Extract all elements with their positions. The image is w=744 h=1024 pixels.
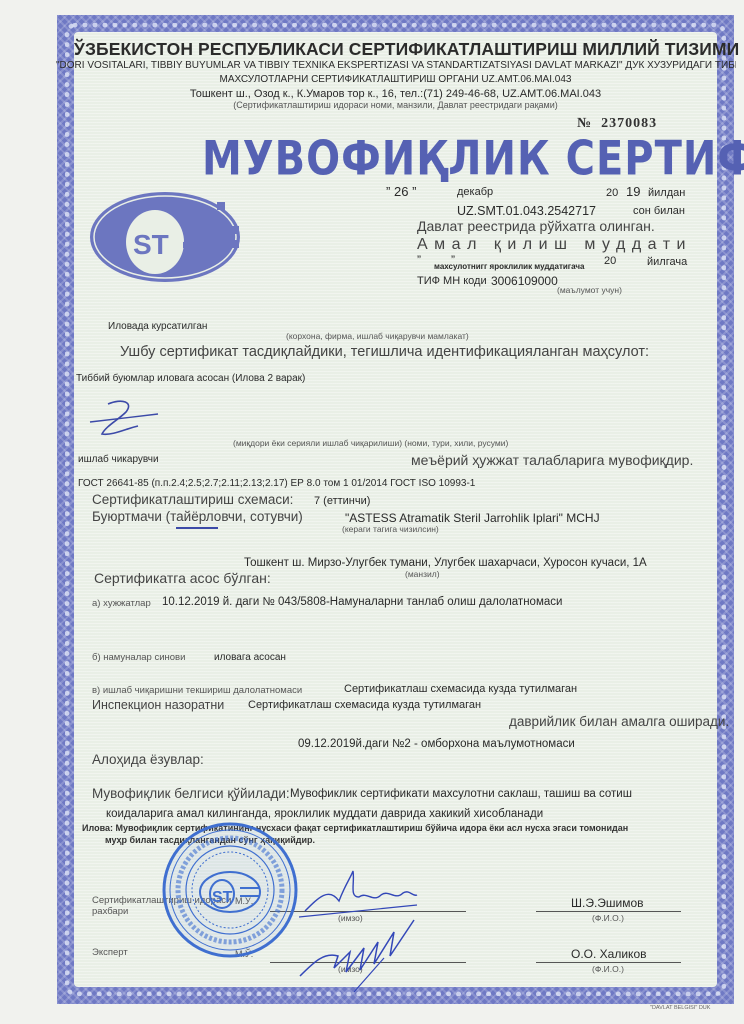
inspection-act-label: в) ишлаб чиқаришни текшириш далолатномас… (92, 685, 302, 696)
mark-value-2: коидаларига амал килинганда, яроклилик м… (106, 808, 543, 820)
state-register-text: Давлат реестрида рўйхатга олинган. (417, 218, 655, 234)
svg-text:ST: ST (133, 229, 169, 260)
signer-2-name-line (536, 962, 681, 963)
scheme-value: 7 (еттинчи) (314, 495, 370, 507)
registration-number: UZ.SMT.01.043.2542717 (457, 204, 596, 218)
customer-underline (176, 527, 218, 529)
number-sign: № (577, 116, 591, 131)
issue-day: ” 26 ” (386, 184, 416, 199)
validity-label: Амал қилиш муддати (417, 236, 692, 254)
special-label: Алоҳида ёзувлар: (92, 752, 204, 767)
number-value: 2370083 (601, 116, 657, 131)
complies-text: меъёрий ҳужжат талабларига мувофиқдир. (411, 452, 693, 468)
signer-1-name-caption: (Ф.И.О.) (592, 913, 624, 923)
tif-label: ТИФ МН коди (417, 275, 487, 287)
handwritten-mark-icon (88, 398, 168, 442)
customer-address: Тошкент ш. Мирзо-Улугбек тумани, Улугбек… (244, 557, 647, 569)
signer-1-name: Ш.Э.Эшимов (571, 896, 644, 910)
mark-value-1: Мувофиклик сертификати махсулотни саклаш… (290, 788, 632, 800)
signer-2-role: Эксперт (92, 947, 128, 958)
docs-label: а) хужжатлар (92, 598, 151, 609)
registration-number-suffix: сон билан (633, 205, 685, 217)
agency-address: Тошкент ш., Озод к., К.Умаров тор к., 16… (74, 88, 717, 100)
st-emblem-icon: ST (89, 190, 244, 285)
tif-code: 3006109000 (491, 274, 558, 288)
manufacturer-caption: (корхона, фирма, ишлаб чиқарувчи мамлака… (286, 331, 469, 341)
agency-address-caption: (Сертификатлаштириш идораси номи, манзил… (74, 100, 717, 110)
svg-text:ST: ST (212, 889, 233, 906)
certifies-text: Ушбу сертификат тасдиқлайдики, тегишлича… (120, 344, 649, 360)
special-value: 09.12.2019й.даги №2 - омборхона маълумот… (298, 738, 575, 750)
docs-value: 10.12.2019 й. даги № 043/5808-Намуналарн… (162, 596, 562, 608)
issue-year-suffix: 19 (626, 184, 640, 199)
printer-credit: "DAVLAT BELGISI" DUK (650, 1005, 710, 1011)
signer-1-name-line (536, 911, 681, 912)
from-label: йилдан (648, 187, 685, 199)
customer-value: "ASTESS Atramatik Steril Jarrohlik Iplar… (345, 511, 600, 525)
signer-1-role-2: рахбари (92, 906, 128, 917)
issue-year-prefix: 20 (606, 187, 618, 199)
standards: ГОСТ 26641-85 (п.п.2.4;2.5;2.7;2.11;2.13… (78, 478, 475, 489)
validity-note: махсулотнигг яроклилик муддатигача (434, 262, 584, 271)
certificate-title: МУВОФИҚЛИК СЕРТИФИКАТИ (202, 132, 744, 186)
basis-label: Сертификатга асос бўлган: (94, 570, 271, 586)
address-caption: (манзил) (405, 569, 440, 579)
inspection-control-label: Инспекцион назоратни (92, 698, 224, 712)
signature-2-icon (294, 912, 424, 992)
signer-2-name-caption: (Ф.И.О.) (592, 964, 624, 974)
certification-body: МАХСУЛОТЛАРНИ СЕРТИФИКАТЛАШТИРИШ ОРГАНИ … (74, 74, 717, 85)
issue-month: декабр (457, 186, 493, 198)
tif-note: (маълумот учун) (557, 285, 622, 295)
scheme-label: Сертификатлаштириш схемаси: (92, 492, 293, 507)
customer-label: Буюртмачи (тайёрловчи, сотувчи) (92, 509, 303, 524)
until-label: йилгача (647, 256, 687, 268)
periodic-text: даврийлик билан амалга оширади. (509, 714, 729, 729)
producer-label: ишлаб чикарувчи (78, 454, 159, 465)
product-value: Тиббий буюмлар иловага асосан (Илова 2 в… (76, 373, 305, 384)
certificate-number: №2370083 (577, 116, 657, 132)
tests-value: иловага асосан (214, 652, 286, 663)
validity-year-prefix: 20 (604, 255, 616, 267)
mark-label: Мувофиқлик белгиси қўйилади: (92, 786, 290, 801)
inspection-act-value: Сертификатлаш схемасида кузда тутилмаган (344, 683, 577, 695)
product-caption: (миқдори ёки серияли ишлаб чиқарилиши) (… (233, 438, 508, 448)
national-system-heading: ЎЗБЕКИСТОН РЕСПУБЛИКАСИ СЕРТИФИКАТЛАШТИР… (74, 39, 717, 60)
official-seal-icon: ST (160, 820, 300, 960)
agency-name: "DORI VOSITALARI, TIBBIY BUYUMLAR VA TIB… (56, 60, 736, 71)
inspection-control-value: Сертификатлаш схемасида кузда тутилмаган (248, 699, 481, 711)
customer-caption: (кераги тагига чизилсин) (342, 524, 439, 534)
signer-2-name: О.О. Халиков (571, 947, 647, 961)
manufacturer-value: Иловада курсатилган (108, 321, 207, 332)
tests-label: б) намуналар синови (92, 652, 185, 663)
